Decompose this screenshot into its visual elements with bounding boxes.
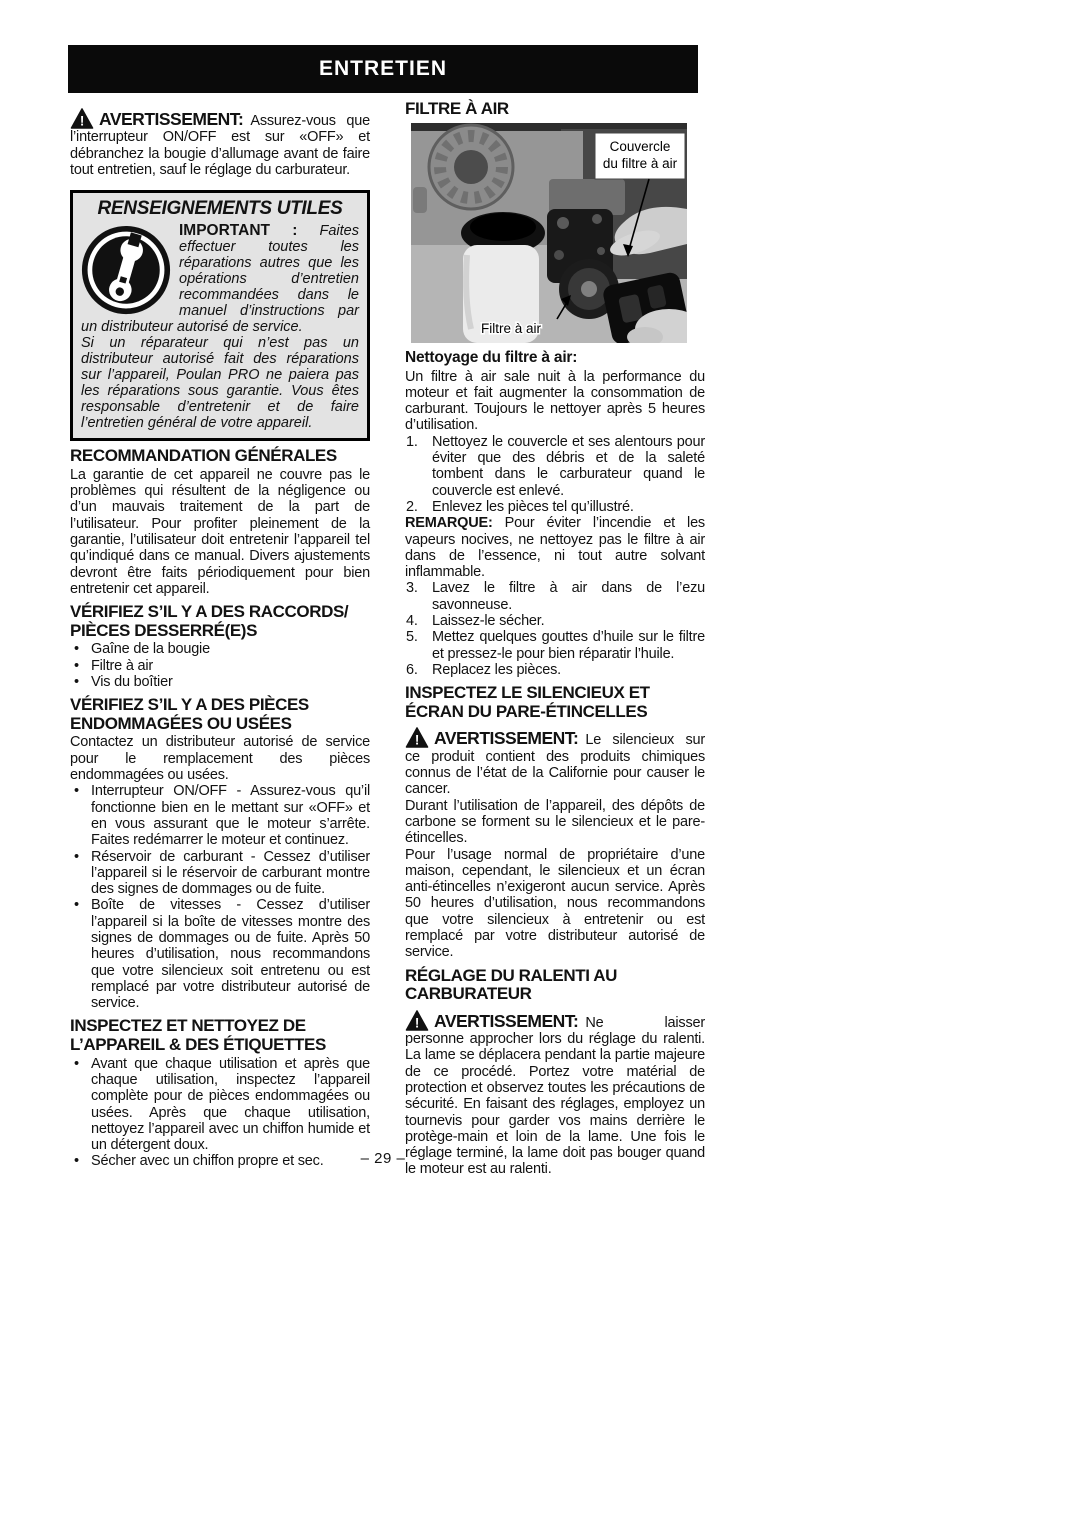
left-column: ! AVERTISSEMENT:Assurez-vous que l’inter… (70, 108, 370, 1170)
step-text: Laissez-le sécher. (432, 613, 544, 629)
warning-label: AVERTISSEMENT: (99, 109, 243, 129)
list-item: •Boîte de vitesses - Cessez d’utiliser l… (70, 897, 370, 1011)
bullet-text: Filtre à air (91, 658, 153, 674)
heading-raccords-desserres: VÉRIFIEZ S’IL Y A DES RACCORDS/ PIÈCES D… (70, 603, 370, 640)
numbered-step: 1.Nettoyez le couvercle et ses alentours… (405, 434, 705, 499)
numbered-step: 5.Mettez quelques gouttes d’huile sur le… (405, 629, 705, 662)
bullet-text: Interrupteur ON/OFF - Assurez-vous qu’il… (91, 783, 370, 848)
step-text: Lavez le filtre à air dans de l’ezu savo… (432, 580, 705, 612)
page-title: ENTRETIEN (319, 57, 447, 81)
heading-inspectez-nettoyez: INSPECTEZ ET NETTOYEZ DE L’APPAREIL & DE… (70, 1017, 370, 1054)
important-label: IMPORTANT : (179, 222, 297, 239)
heading-recommandation-generales: RECOMMANDATION GÉNÉRALES (70, 447, 370, 466)
remarque-paragraph: REMARQUE: Pour éviter l’incendie et les … (405, 515, 705, 580)
wrench-circle-icon (81, 225, 171, 315)
bullet-marker: • (74, 897, 79, 913)
pieces-intro: Contactez un distributeur autorisé de se… (70, 734, 370, 783)
bullet-marker: • (74, 641, 79, 657)
numbered-step: 4.Laissez-le sécher. (405, 613, 705, 629)
info-box-title: RENSEIGNEMENTS UTILES (81, 198, 359, 220)
bullet-text: Gaîne de la bougie (91, 641, 210, 657)
warning-block-silencieux: ! AVERTISSEMENT:Le silencieux sur ce pro… (405, 727, 705, 797)
bullet-text: Réservoir de carburant - Cessez d’utilis… (91, 849, 370, 898)
manual-page: ENTRETIEN ! AVERTISSEMENT:Assurez-vous q… (0, 0, 1080, 1526)
step-number: 4. (406, 613, 418, 629)
list-item: •Réservoir de carburant - Cessez d’utili… (70, 849, 370, 898)
page-number: – 29 – (68, 1150, 698, 1167)
warning-label: AVERTISSEMENT: (434, 728, 578, 748)
step-number: 6. (406, 662, 418, 678)
list-item: •Vis du boîtier (70, 674, 370, 690)
bullet-marker: • (74, 849, 79, 865)
bullet-text: Avant que chaque utilisation et après qu… (91, 1056, 370, 1153)
section-header-bar: ENTRETIEN (68, 45, 698, 93)
warning-triangle-icon: ! (70, 108, 94, 129)
warning-block-top: ! AVERTISSEMENT:Assurez-vous que l’inter… (70, 108, 370, 178)
step-text: Mettez quelques gouttes d’huile sur le f… (432, 629, 705, 661)
step-number: 3. (406, 580, 418, 596)
useful-information-box: RENSEIGNEMENTS UTILES IMPORTANT : Faites… (70, 190, 370, 441)
bullet-marker: • (74, 783, 79, 799)
step-text: Replacez les pièces. (432, 662, 561, 678)
numbered-step: 2.Enlevez les pièces tel qu’illustré. (405, 499, 705, 515)
list-item: •Interrupteur ON/OFF - Assurez-vous qu’i… (70, 783, 370, 848)
bullet-text: Vis du boîtier (91, 674, 173, 690)
silencieux-para1: Durant l’utilisation de l’appareil, des … (405, 798, 705, 847)
air-filter-photo: Couvercle du filtre à air Filtre à air (411, 123, 687, 343)
heading-nettoyage-filtre: Nettoyage du filtre à air: (405, 349, 705, 367)
heading-pieces-endommagees: VÉRIFIEZ S’IL Y A DES PIÈCES ENDOMMAGÉES… (70, 696, 370, 733)
warning-label: AVERTISSEMENT: (434, 1011, 578, 1031)
nettoyage-intro: Un filtre à air sale nuit à la performan… (405, 369, 705, 434)
bullet-marker: • (74, 1056, 79, 1072)
air-filter-figure: Couvercle du filtre à air Filtre à air (411, 123, 687, 343)
step-number: 1. (406, 434, 418, 450)
numbered-step: 3.Lavez le filtre à air dans de l’ezu sa… (405, 580, 705, 613)
warning-triangle-icon: ! (405, 727, 429, 748)
svg-text:!: ! (415, 1015, 419, 1030)
list-item: •Gaîne de la bougie (70, 641, 370, 657)
cover-label-line2: du filtre à air (603, 156, 678, 171)
list-item: •Filtre à air (70, 658, 370, 674)
filter-label: Filtre à air (481, 321, 542, 336)
step-number: 5. (406, 629, 418, 645)
bullet-marker: • (74, 674, 79, 690)
heading-inspectez-silencieux: INSPECTEZ LE SILENCIEUX ET ÉCRAN DU PARE… (405, 684, 705, 721)
step-text: Enlevez les pièces tel qu’illustré. (432, 499, 634, 515)
heading-reglage-ralenti: RÉGLAGE DU RALENTI AU CARBURATEUR (405, 967, 705, 1004)
step-number: 2. (406, 499, 418, 515)
svg-text:!: ! (80, 114, 84, 129)
silencieux-para2: Pour l’usage normal de propriétaire d’un… (405, 847, 705, 961)
recommandation-body: La garantie de cet appareil ne couvre pa… (70, 467, 370, 597)
step-text: Nettoyez le couvercle et ses alentours p… (432, 434, 705, 499)
right-column: FILTRE À AIR (405, 100, 705, 1178)
svg-text:!: ! (415, 733, 419, 748)
warning-triangle-icon: ! (405, 1010, 429, 1031)
bullet-text: Boîte de vitesses - Cessez d’utiliser l’… (91, 897, 370, 1011)
heading-filtre-a-air: FILTRE À AIR (405, 100, 705, 119)
bullet-marker: • (74, 658, 79, 674)
cover-label-line1: Couvercle (610, 139, 671, 154)
remarque-label: REMARQUE: (405, 515, 493, 531)
list-item: •Avant que chaque utilisation et après q… (70, 1056, 370, 1154)
numbered-step: 6.Replacez les pièces. (405, 662, 705, 678)
info-box-body: Si un réparateur qui n’est pas un distri… (81, 335, 359, 431)
